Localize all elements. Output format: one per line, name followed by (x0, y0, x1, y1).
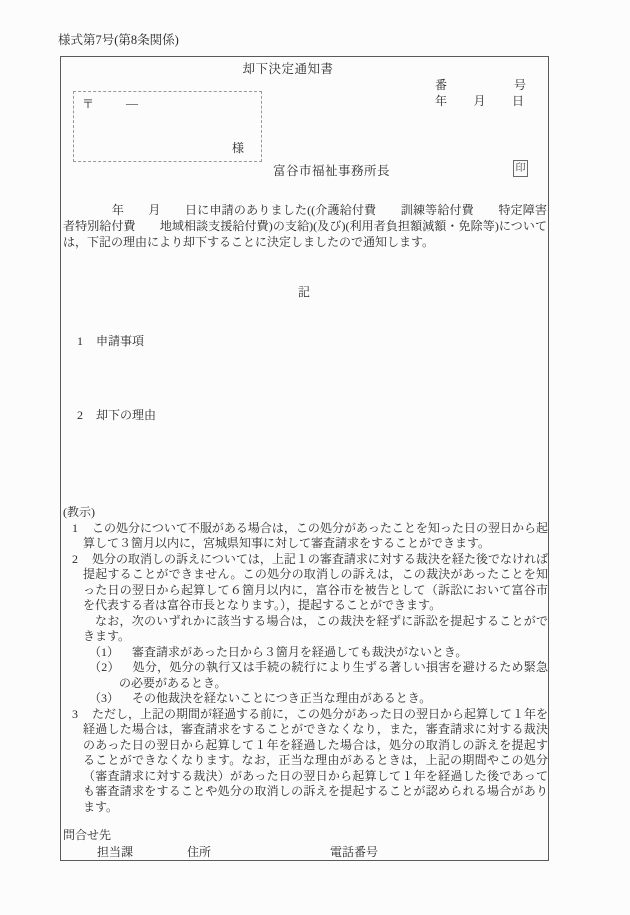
section-label: 申請事項 (96, 334, 144, 348)
intro-paragraph: 年 月 日に申請のありました((介護給付費 訓練等給付費 特定障害者特別給付費 … (63, 202, 547, 250)
document-frame: 却下決定通知書 番 号 年 月 日 〒 ― 様 富谷市福祉事務所長 印 年 月 … (60, 56, 549, 861)
document-page: { "colors": { "ink": "#2a2a2a", "frame_b… (0, 0, 630, 915)
section-rejection-reason: 2却下の理由 (77, 408, 156, 424)
inquiry-dept-label: 担当課 (97, 845, 133, 861)
kyoji-note: なお，次のいずれかに該当する場合は，この裁決を経ずに訴訟を提起することができます… (63, 614, 548, 645)
section-number: 1 (77, 334, 83, 348)
kyoji-item: 2処分の取消しの訴えについては，上記１の審査請求に対する裁決を経た後でなければ提… (63, 552, 548, 614)
item-number: （3） (89, 691, 132, 705)
item-number: 1 (72, 521, 92, 535)
kyoji-subitem: （3）その他裁決を経ないことにつき正当な理由があるとき。 (63, 691, 548, 707)
date-day-label: 日 (512, 94, 524, 110)
date-year-label: 年 (435, 94, 447, 110)
appeal-instructions: (教示) 1この処分について不服がある場合は，この処分があったことを知った日の翌… (63, 505, 548, 815)
postal-mark: 〒 (82, 97, 94, 113)
document-title: 却下決定通知書 (61, 62, 548, 78)
ki-heading: 記 (61, 285, 548, 301)
inquiry-heading: 問合せ先 (63, 828, 111, 844)
appeal-instructions-body: 1この処分について不服がある場合は，この処分があったことを知った日の翌日から起算… (63, 521, 548, 816)
reference-number-line: 番 号 (435, 78, 526, 94)
form-number-label: 様式第7号(第8条関係) (58, 33, 179, 49)
section-application-items: 1申請事項 (77, 334, 144, 350)
inquiry-phone-label: 電話番号 (330, 845, 378, 861)
number-prefix-label: 番 (435, 78, 447, 94)
issuer-title: 富谷市福祉事務所長 (273, 164, 390, 180)
kyoji-item: 1この処分について不服がある場合は，この処分があったことを知った日の翌日から起算… (63, 521, 548, 552)
addressee-box: 〒 ― 様 (73, 91, 262, 162)
seal-placeholder: 印 (513, 160, 528, 177)
item-number: 2 (72, 552, 92, 566)
postal-code-dash: ― (126, 96, 138, 112)
section-number: 2 (77, 408, 83, 422)
number-suffix-label: 号 (514, 78, 526, 94)
appeal-instructions-heading: (教示) (63, 505, 548, 521)
item-number: 3 (72, 707, 92, 721)
kyoji-subitem: （2）処分，処分の執行又は手続の続行により生ずる著しい損害を避けるため緊急の必要… (63, 660, 548, 691)
kyoji-item: 3ただし，上記の期間が経過する前に，この処分があった日の翌日から起算して１年を経… (63, 707, 548, 816)
addressee-honorific: 様 (232, 141, 244, 157)
date-month-label: 月 (473, 94, 485, 110)
issue-date-line: 年 月 日 (435, 94, 524, 110)
item-number: （2） (89, 660, 133, 674)
inquiry-address-label: 住所 (187, 845, 211, 861)
kyoji-subitem: （1）審査請求があった日から３箇月を経過しても裁決がないとき。 (63, 645, 548, 661)
section-label: 却下の理由 (96, 408, 156, 422)
item-number: （1） (89, 645, 132, 659)
